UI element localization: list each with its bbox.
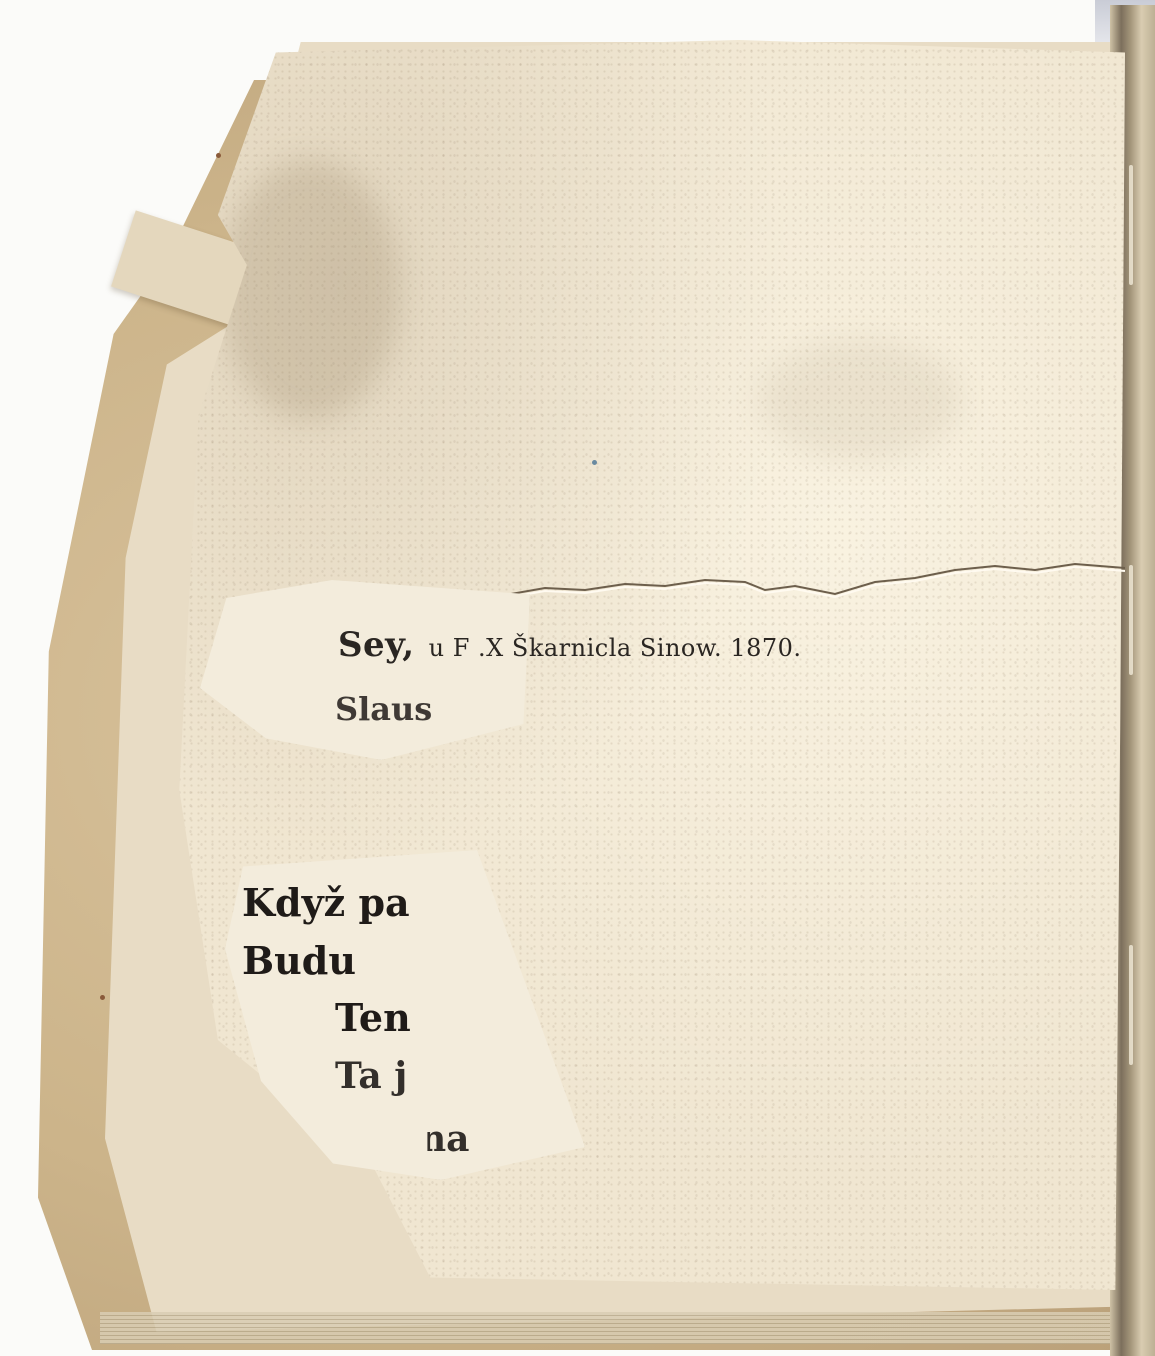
imprint-text: u F .X Škarnicla Sinow. 1870. (429, 634, 802, 662)
stain (760, 340, 960, 460)
verse-line: Budu (242, 938, 356, 983)
scanned-page: Sey, u F .X Škarnicla Sinow. 1870. Slaus… (0, 0, 1155, 1356)
rust-spot (216, 153, 221, 158)
leaf-edges (100, 1312, 1110, 1344)
stain (220, 160, 400, 420)
binding-thread (1129, 565, 1133, 675)
binding-thread (1129, 945, 1133, 1065)
ink-spot (592, 460, 597, 465)
verse-line: Když pa (242, 880, 410, 925)
verse-line: Ta j (335, 1055, 407, 1097)
binding-thread (1129, 165, 1133, 285)
rust-spot (100, 995, 105, 1000)
publisher-imprint: Sey, u F .X Škarnicla Sinow. 1870. (338, 625, 802, 665)
verse-line: Ten (335, 995, 411, 1040)
text-fragment: Slaus (335, 690, 432, 728)
tear-line (505, 560, 1125, 610)
imprint-first-word: Sey, (338, 625, 415, 665)
